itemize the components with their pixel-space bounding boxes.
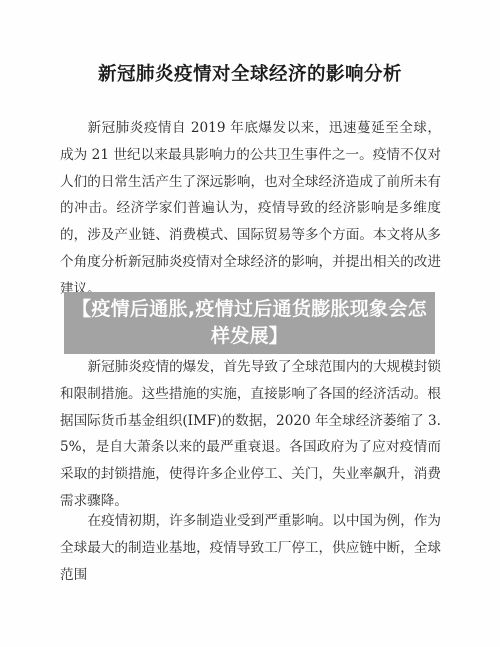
paragraph-lockdown-impact: 新冠肺炎疫情的爆发，首先导致了全球范围内的大规模封锁和限制措施。这些措施的实施，… xyxy=(60,354,441,515)
headline-overlay-banner: 【疫情后通胀,疫情过后通货膨胀现象会怎样发展】 xyxy=(64,292,435,354)
paragraph-introduction: 新冠肺炎疫情自 2019 年底爆发以来，迅速蔓延至全球，成为 21 世纪以来最具… xyxy=(60,115,441,303)
paragraph-manufacturing-impact: 在疫情初期，许多制造业受到严重影响。以中国为例，作为全球最大的制造业基地，疫情导… xyxy=(60,508,441,588)
overlay-headline: 【疫情后通胀,疫情过后通货膨胀现象会怎样发展】 xyxy=(70,296,429,350)
document-page: 新冠肺炎疫情对全球经济的影响分析 新冠肺炎疫情自 2019 年底爆发以来，迅速蔓… xyxy=(0,0,500,647)
document-title: 新冠肺炎疫情对全球经济的影响分析 xyxy=(0,60,500,86)
